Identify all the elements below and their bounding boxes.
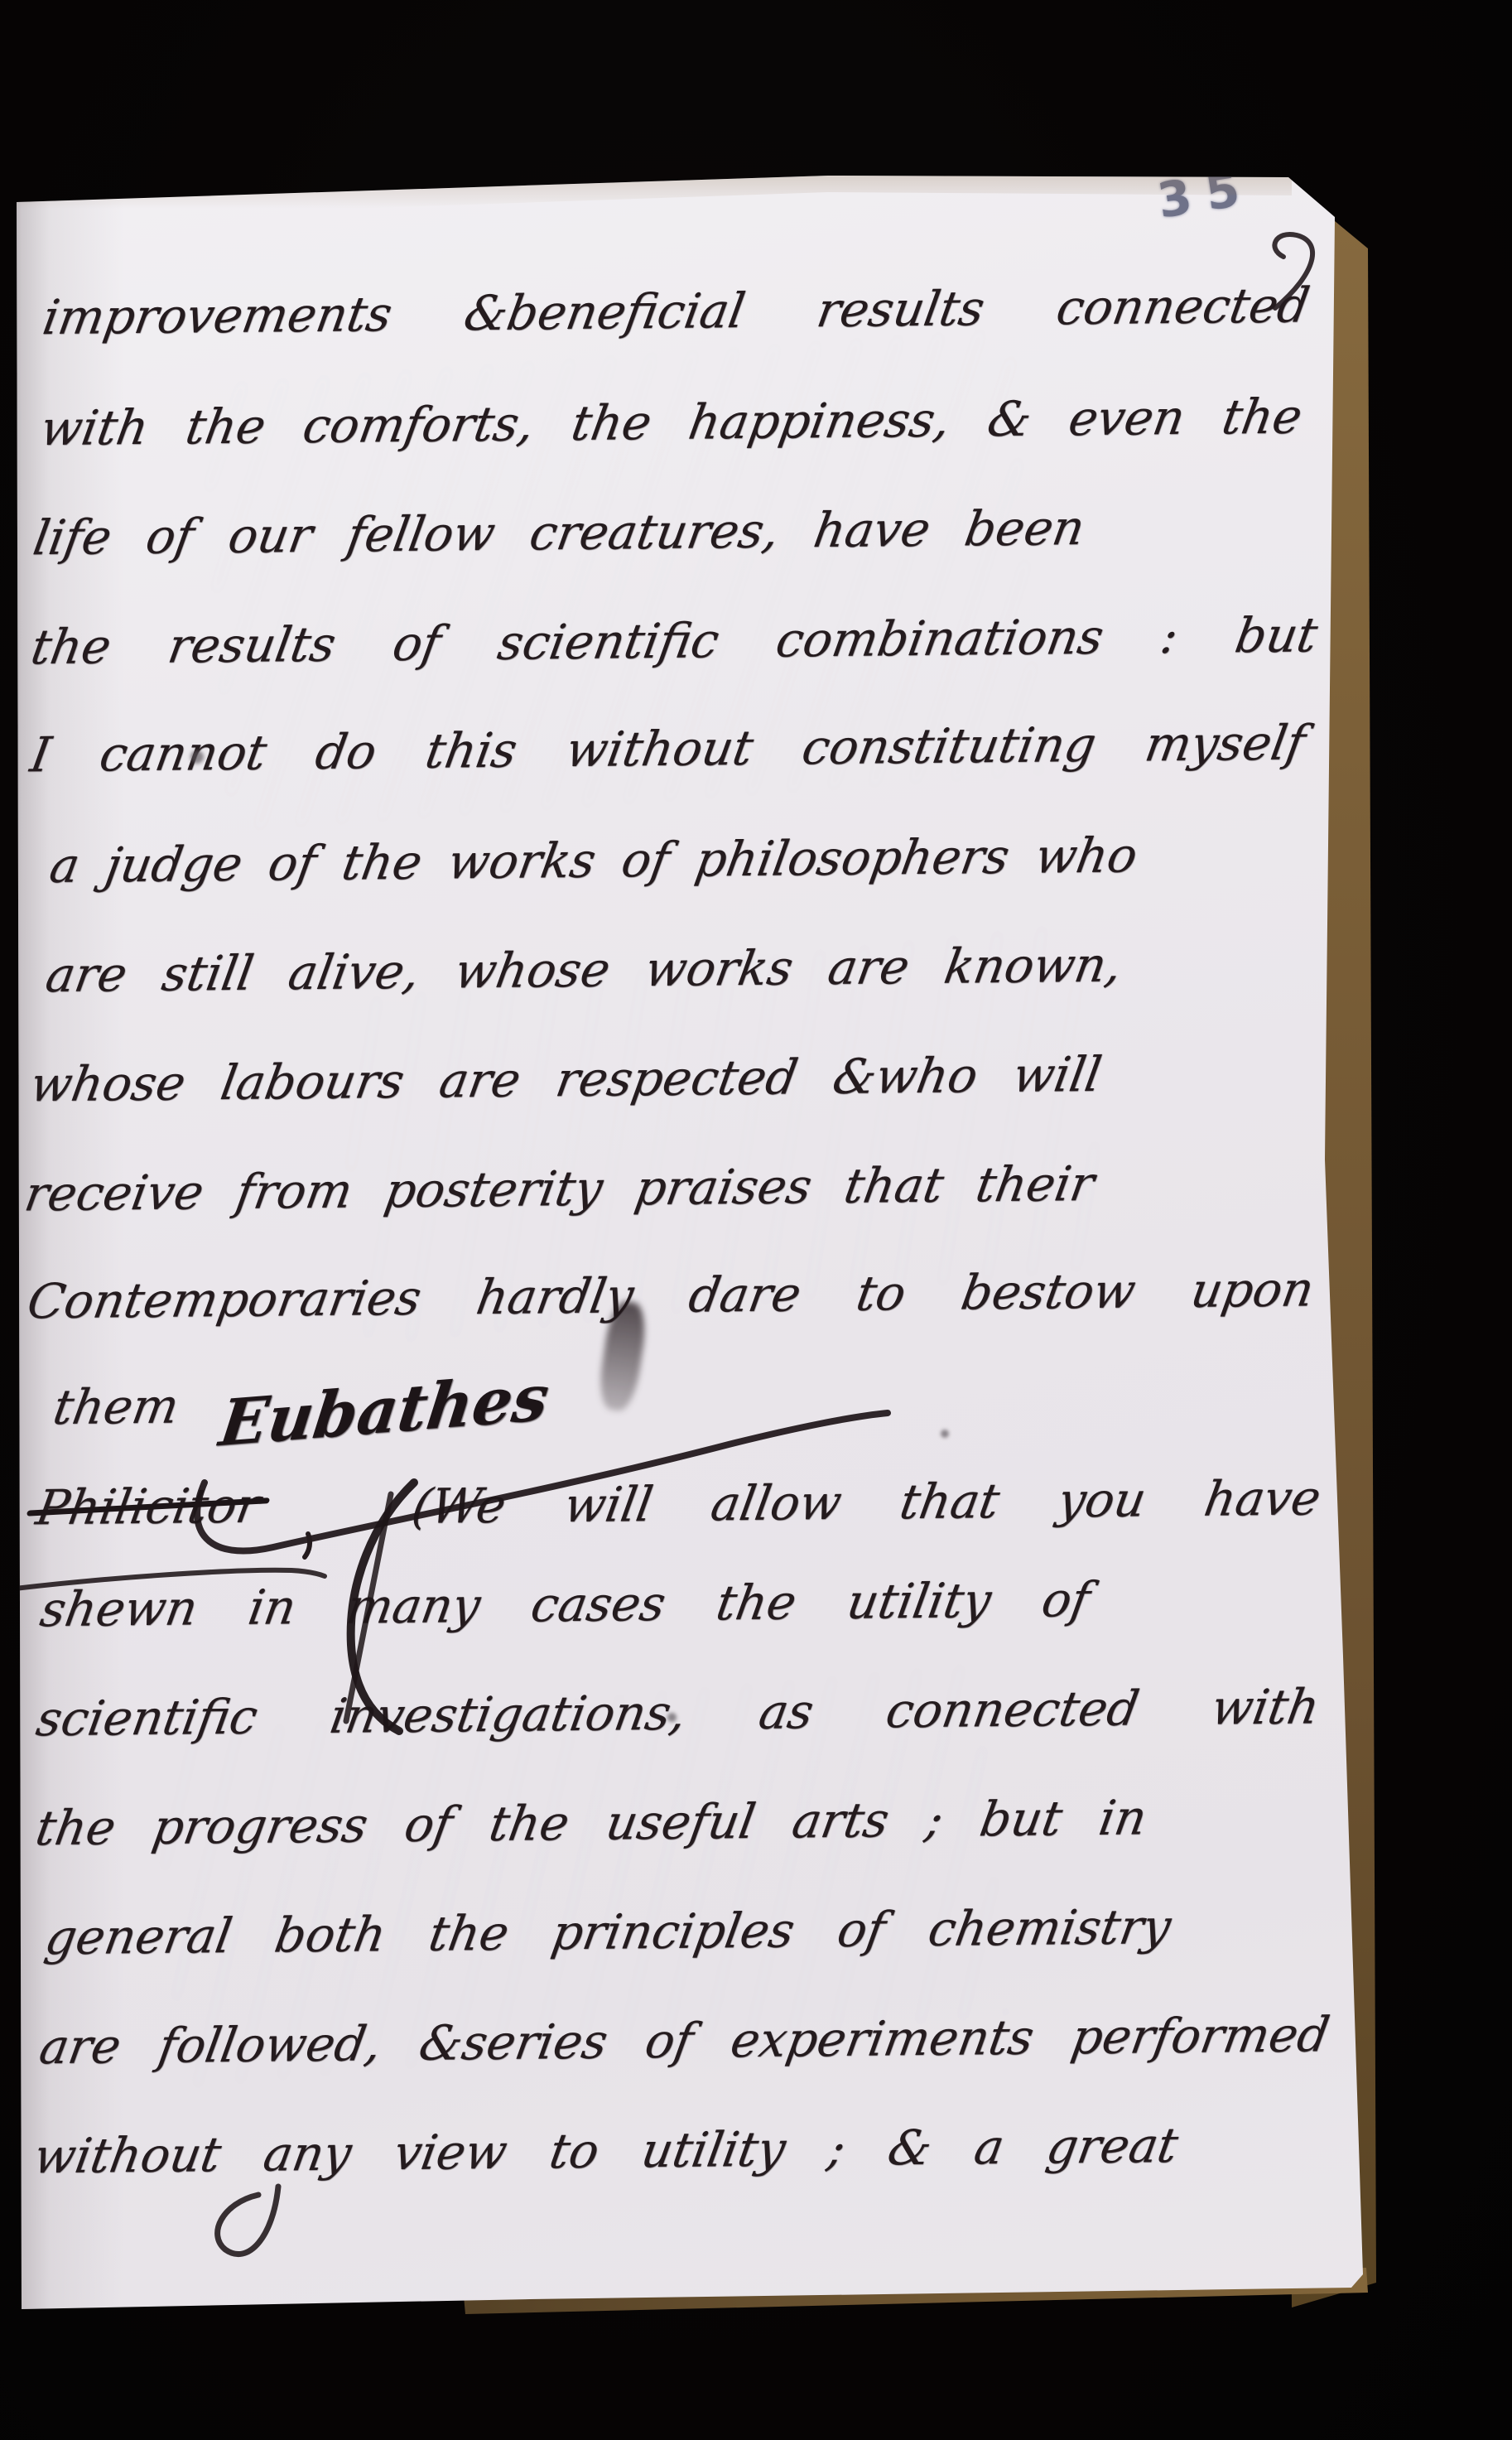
handwritten-line: life of our fellow creatures, have been bbox=[30, 502, 1089, 565]
dialogue-line: scientific investigations, as connected … bbox=[32, 1681, 1323, 1746]
dialogue-text: We will allow that you have bbox=[426, 1469, 1325, 1534]
ink-speck bbox=[667, 1713, 677, 1722]
speaker-name-struck: Philicitor bbox=[32, 1478, 264, 1536]
handwritten-line: them bbox=[50, 1381, 183, 1435]
handwritten-line: with the comforts, the happiness, & even… bbox=[36, 390, 1306, 456]
dialogue-line: without any view to utility ; & a great bbox=[30, 2119, 1182, 2183]
handwritten-line: I cannot do this without constituting my… bbox=[26, 716, 1309, 782]
paper-fiber bbox=[19, 142, 41, 195]
handwriting-layer: improvements &beneficial results connect… bbox=[0, 0, 1512, 2440]
handwritten-line: Contemporaries hardly dare to bestow upo… bbox=[24, 1263, 1318, 1328]
handwritten-line: improvements &beneficial results connect… bbox=[39, 279, 1313, 345]
handwritten-line: receive from posterity praises that thei… bbox=[21, 1158, 1098, 1221]
handwritten-line: the results of scientific combinations :… bbox=[27, 609, 1322, 674]
speaker-name-struck-wrap: Philicitor bbox=[36, 1478, 260, 1536]
dialogue-line: the progress of the useful arts ; but in bbox=[32, 1791, 1151, 1855]
handwritten-line: are still alive, whose works are known, bbox=[42, 939, 1126, 1002]
photograph-background: 35 improvements &beneficial results conn… bbox=[0, 0, 1512, 2440]
manuscript-paper: 35 improvements &beneficial results conn… bbox=[0, 0, 1512, 2440]
ink-speck bbox=[941, 1430, 949, 1438]
speaker-name-inserted: Eubathes bbox=[215, 1360, 553, 1461]
dialogue-line: general both the principles of chemistry bbox=[41, 1901, 1175, 1965]
handwritten-line: whose labours are respected &who will bbox=[26, 1049, 1105, 1112]
dialogue-line: (We will allow that you have bbox=[408, 1472, 1325, 1533]
dialogue-line: shewn in many cases the utility of bbox=[36, 1574, 1094, 1637]
handwritten-line: a judge of the works of philosophers who bbox=[46, 829, 1141, 892]
dialogue-line: are followed, &series of experiments per… bbox=[36, 2008, 1333, 2074]
ink-speck bbox=[190, 750, 204, 764]
